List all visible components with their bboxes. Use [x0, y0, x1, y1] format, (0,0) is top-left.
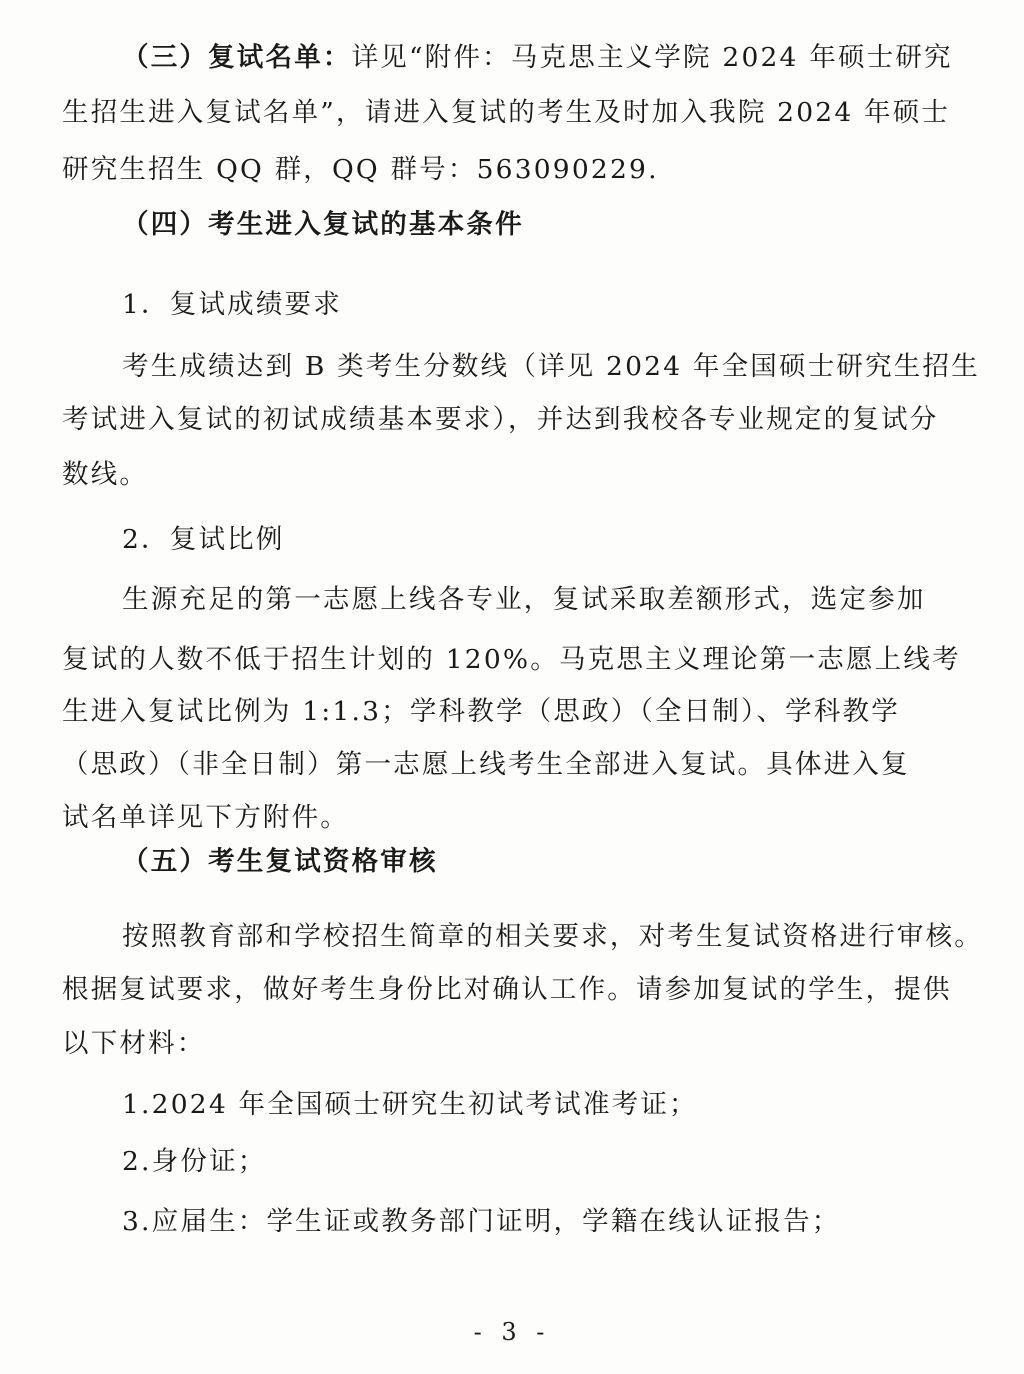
paragraph-line: 生源充足的第一志愿上线各专业，复试采取差额形式，选定参加 — [122, 583, 926, 617]
section-3-text: 详见“附件：马克思主义学院 2024 年硕士研究 — [352, 42, 953, 73]
section-5-heading: （五）考生复试资格审核 — [122, 845, 438, 879]
paragraph-line: 根据复试要求，做好考生身份比对确认工作。请参加复试的学生，提供 — [62, 973, 952, 1007]
paragraph-line: 考生成绩达到 B 类考生分数线（详见 2024 年全国硕士研究生招生 — [122, 350, 980, 384]
list-item: 2.身份证； — [122, 1145, 266, 1179]
section-4-heading: （四）考生进入复试的基本条件 — [122, 208, 524, 242]
page-number: - 3 - — [0, 1318, 1024, 1346]
subsection-2-title: 2．复试比例 — [122, 523, 285, 557]
document-page: （三）复试名单：详见“附件：马克思主义学院 2024 年硕士研究 生招生进入复试… — [0, 0, 1024, 1374]
paragraph-line: 考试进入复试的初试成绩基本要求），并达到我校各专业规定的复试分 — [62, 403, 938, 437]
paragraph-line: 以下材料： — [62, 1027, 206, 1061]
paragraph-line: 复试的人数不低于招生计划的 120%。马克思主义理论第一志愿上线考 — [62, 643, 961, 677]
section-3-line-3: 研究生招生 QQ 群，QQ 群号：563090229. — [62, 153, 659, 187]
subsection-1-title: 1．复试成绩要求 — [122, 288, 342, 322]
section-3-heading: （三）复试名单： — [122, 42, 352, 73]
section-3-line-1: （三）复试名单：详见“附件：马克思主义学院 2024 年硕士研究 — [122, 41, 953, 75]
paragraph-line: 数线。 — [62, 458, 148, 492]
paragraph-line: （思政）（非全日制）第一志愿上线考生全部进入复试。具体进入复 — [62, 748, 910, 782]
section-3-line-2: 生招生进入复试名单”，请进入复试的考生及时加入我院 2024 年硕士 — [62, 96, 950, 130]
paragraph-line: 按照教育部和学校招生简章的相关要求，对考生复试资格进行审核。 — [122, 920, 983, 954]
paragraph-line: 生进入复试比例为 1:1.3；学科教学（思政）（全日制）、学科教学 — [62, 695, 900, 729]
list-item: 3.应届生：学生证或教务部门证明，学籍在线认证报告； — [122, 1205, 840, 1239]
paragraph-line: 试名单详见下方附件。 — [62, 801, 349, 835]
list-item: 1.2024 年全国硕士研究生初试考试准考证； — [122, 1088, 698, 1122]
